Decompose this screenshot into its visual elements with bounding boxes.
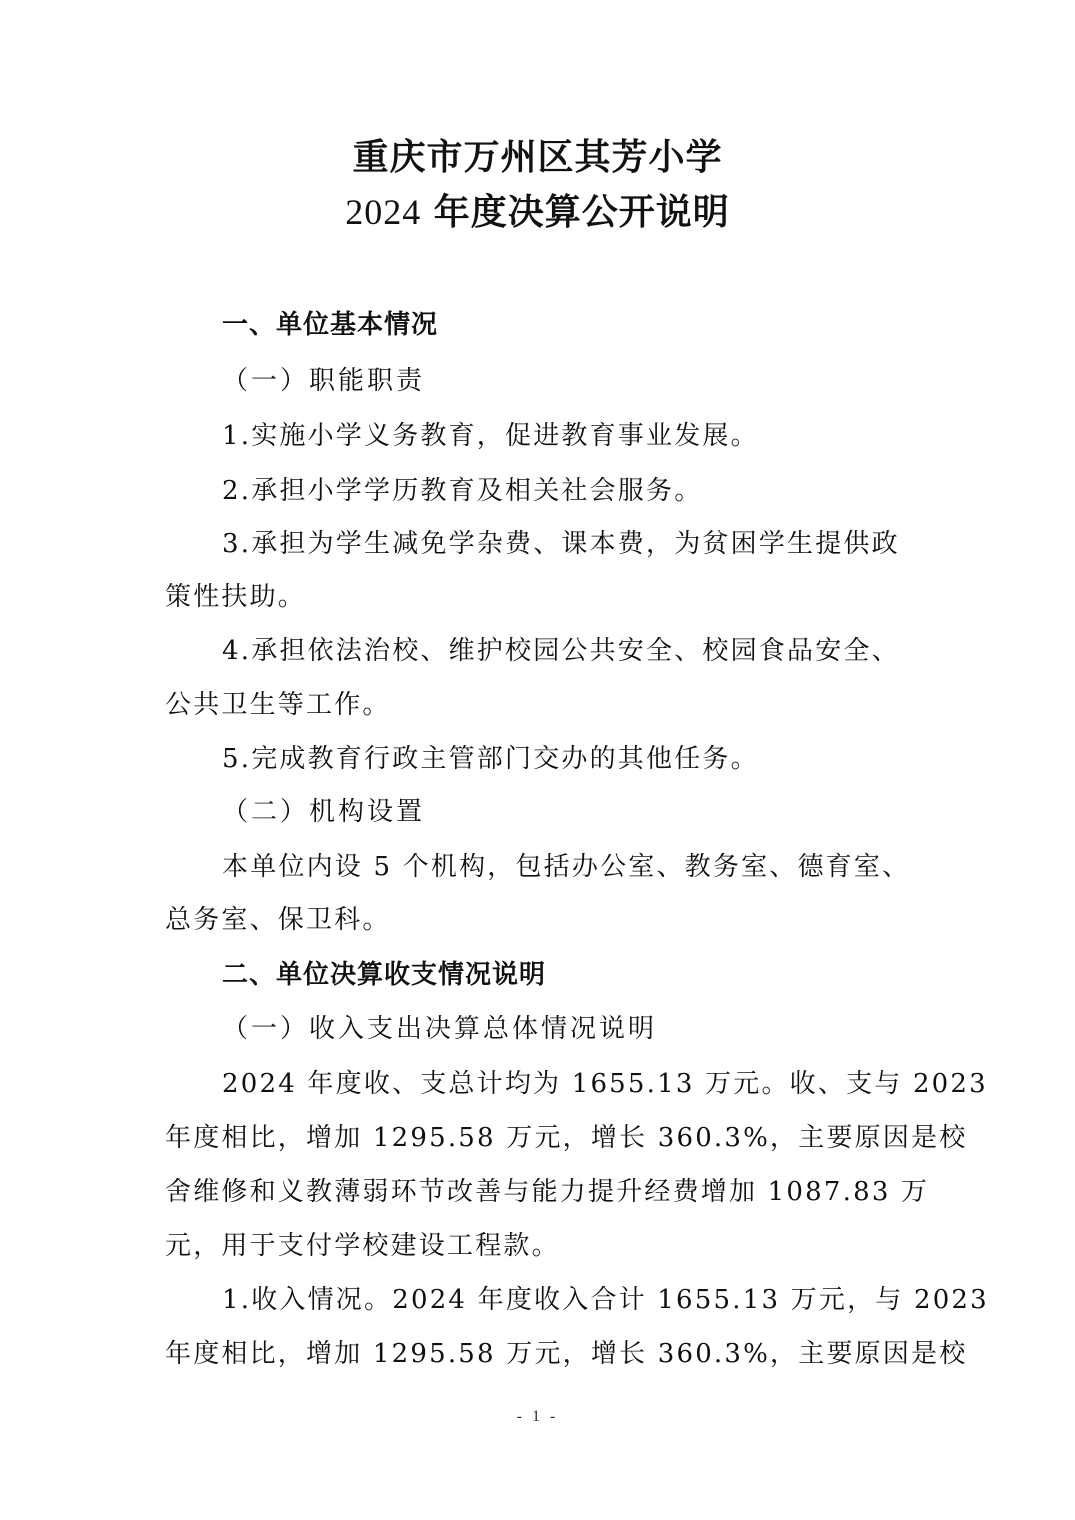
section1-sub1-heading: （一）职能职责 <box>222 364 972 398</box>
section2-sub1-heading: （一）收入支出决算总体情况说明 <box>222 1012 972 1046</box>
document-page: 重庆市万州区其芳小学 2024 年度决算公开说明 一、单位基本情况 （一）职能职… <box>0 0 1075 1520</box>
duty-item-1: 1.实施小学义务教育，促进教育事业发展。 <box>222 419 972 453</box>
income-line-2: 年度相比，增加 1295.58 万元，增长 360.3%，主要原因是校 <box>165 1337 915 1371</box>
org-line-2: 总务室、保卫科。 <box>165 903 915 937</box>
summary-line-3: 舍维修和义教薄弱环节改善与能力提升经费增加 1087.83 万 <box>165 1175 915 1209</box>
summary-line-2: 年度相比，增加 1295.58 万元，增长 360.3%，主要原因是校 <box>165 1121 915 1155</box>
section1-heading: 一、单位基本情况 <box>222 308 972 342</box>
duty-item-4: 4.承担依法治校、维护校园公共安全、校园食品安全、 <box>222 634 972 668</box>
income-line-1: 1.收入情况。2024 年度收入合计 1655.13 万元，与 2023 <box>222 1283 972 1317</box>
org-line-1: 本单位内设 5 个机构，包括办公室、教务室、德育室、 <box>222 850 972 884</box>
section2-heading: 二、单位决算收支情况说明 <box>222 958 972 992</box>
title-rest: 年度决算公开说明 <box>434 191 730 233</box>
document-title-line2: 2024 年度决算公开说明 <box>0 190 1075 235</box>
section1-sub2-heading: （二）机构设置 <box>222 795 972 829</box>
duty-item-3: 3.承担为学生减免学杂费、课本费，为贫困学生提供政 <box>222 527 972 561</box>
summary-line-1: 2024 年度收、支总计均为 1655.13 万元。收、支与 2023 <box>222 1067 972 1101</box>
document-title-line1: 重庆市万州区其芳小学 <box>0 135 1075 179</box>
title-year: 2024 <box>345 192 421 232</box>
page-number: - 1 - <box>0 1408 1075 1426</box>
duty-item-5: 5.完成教育行政主管部门交办的其他任务。 <box>222 742 972 776</box>
duty-item-4-cont: 公共卫生等工作。 <box>165 688 915 722</box>
duty-item-3-cont: 策性扶助。 <box>165 580 915 614</box>
summary-line-4: 元，用于支付学校建设工程款。 <box>165 1229 915 1263</box>
duty-item-2: 2.承担小学学历教育及相关社会服务。 <box>222 474 972 508</box>
